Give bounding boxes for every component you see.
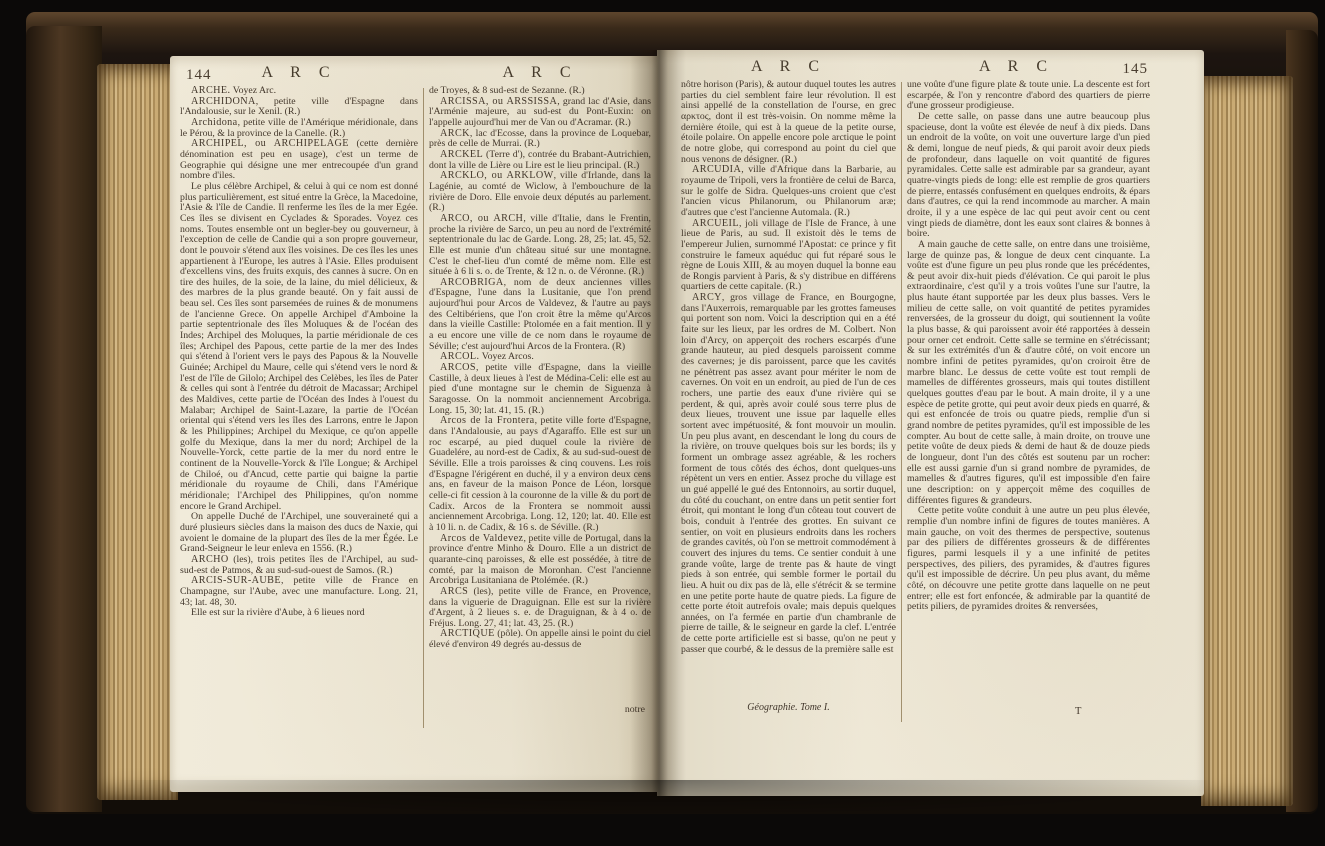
paragraph: On appelle Duché de l'Archipel, une souv… <box>180 512 418 555</box>
entry-headword: Archidona <box>191 117 238 128</box>
column-rule <box>901 82 902 722</box>
entry-paragraph: ARCHO (les), trois petites îles de l'Arc… <box>180 555 418 576</box>
entry-paragraph: Archidona, petite ville de l'Amérique mé… <box>180 118 418 139</box>
paragraph: Cette petite voûte conduit à une autre u… <box>907 506 1150 613</box>
entry-paragraph: ARCK, lac d'Ecosse, dans la province de … <box>429 129 651 150</box>
running-head-arc: A R C <box>681 58 896 76</box>
page-145-header: A R C A R C 145 <box>657 56 1204 80</box>
page-144-column-2: de Troyes, & 8 sud-est de Sezanne. (R.)A… <box>429 86 651 704</box>
running-head-arc: A R C <box>180 64 418 82</box>
entry-headword: ARCO, ou ARCH <box>440 213 523 224</box>
entry-paragraph: ARCKLO, ou ARKLOW, ville d'Irlande, dans… <box>429 171 651 214</box>
entry-headword: ARCY <box>692 292 722 303</box>
paragraph: Le plus célèbre Archipel, & celui à qui … <box>180 182 418 512</box>
entry-headword: Arcos de Valdevez <box>440 533 523 544</box>
entry-headword: ARCOBRIGA <box>440 277 504 288</box>
entry-paragraph: ARCUEIL, joli village de l'Isle de Franc… <box>681 219 896 294</box>
page-145-column-1: nôtre horison (Paris), & autour duquel t… <box>681 80 896 698</box>
entry-headword: ARCHIPEL, ou ARCHIPELAGE <box>191 138 349 149</box>
paragraph: De cette salle, on passe dans une autre … <box>907 112 1150 240</box>
entry-paragraph: ARCISSA, ou ARSSISSA, grand lac d'Asie, … <box>429 97 651 129</box>
page-145-column-2: une voûte d'une figure plate & toute uni… <box>907 80 1150 698</box>
entry-paragraph: ARCOBRIGA, nom de deux anciennes villes … <box>429 278 651 353</box>
catchword: notre <box>625 704 645 715</box>
paragraph: une voûte d'une figure plate & toute uni… <box>907 80 1150 112</box>
page-fore-edge-right <box>1201 76 1293 806</box>
running-head-arc: A R C <box>429 64 651 82</box>
page-144-column-1: ARCHE. Voyez Arc.ARCHIDONA, petite ville… <box>180 86 418 704</box>
page-145-columns: nôtre horison (Paris), & autour duquel t… <box>657 80 1204 722</box>
entry-headword: ARCTIQUE <box>440 628 495 639</box>
entry-paragraph: ARCTIQUE (pôle). On appelle ainsi le poi… <box>429 629 651 650</box>
entry-headword: ARCOL. <box>440 351 479 362</box>
running-head-arc: A R C <box>905 58 1128 76</box>
entry-headword: ARCOS <box>440 362 476 373</box>
page-144-columns: ARCHE. Voyez Arc.ARCHIDONA, petite ville… <box>170 86 657 728</box>
entry-paragraph: ARCY, gros village de France, en Bourgog… <box>681 293 896 655</box>
page-144-header: 144 A R C A R C <box>170 62 657 86</box>
gathering-signature-mark: T <box>1075 706 1081 717</box>
entry-headword: ARCS <box>440 586 468 597</box>
entry-headword: ARCISSA, ou ARSSISSA <box>440 96 557 107</box>
book-photo-scene: 144 A R C A R C ARCHE. Voyez Arc.ARCHIDO… <box>0 0 1325 846</box>
entry-headword: ARCHO <box>191 554 229 565</box>
entry-headword: ARCKLO, ou ARKLOW <box>440 170 554 181</box>
entry-paragraph: ARCO, ou ARCH, ville d'Italie, dans le F… <box>429 214 651 278</box>
paragraph: Elle est sur la rivière d'Aube, à 6 lieu… <box>180 608 418 619</box>
entry-headword: Arcos de la Frontera <box>440 415 535 426</box>
entry-paragraph: Arcos de Valdevez, petite ville de Portu… <box>429 534 651 587</box>
entry-headword: ARCK <box>440 128 470 139</box>
page-145: A R C A R C 145 nôtre horison (Paris), &… <box>657 50 1204 796</box>
page-number-145: 145 <box>1123 61 1149 78</box>
page-144: 144 A R C A R C ARCHE. Voyez Arc.ARCHIDO… <box>170 56 657 792</box>
entry-paragraph: ARCHIDONA, petite ville d'Espagne dans l… <box>180 97 418 118</box>
entry-paragraph: ARCHIPEL, ou ARCHIPELAGE (cette dernière… <box>180 139 418 182</box>
entry-headword: ARCHE. <box>191 86 230 96</box>
entry-paragraph: ARCUDIA, ville d'Afrique dans la Barbari… <box>681 165 896 218</box>
entry-paragraph: ARCS (les), petite ville de France, en P… <box>429 587 651 630</box>
entry-paragraph: ARCKEL (Terre d'), contrée du Brabant-Au… <box>429 150 651 171</box>
column-rule <box>423 88 424 728</box>
entry-headword: ARCKEL <box>440 149 483 160</box>
book-cover-left-edge <box>26 26 102 812</box>
paragraph: nôtre horison (Paris), & autour duquel t… <box>681 80 896 165</box>
entry-headword: ARCUEIL <box>692 218 739 229</box>
entry-headword: ARCHIDONA <box>191 96 256 107</box>
entry-paragraph: ARCOS, petite ville d'Espagne, dans la v… <box>429 363 651 416</box>
paragraph: A main gauche de cette salle, on entre d… <box>907 240 1150 506</box>
entry-headword: ARCIS-SUR-AUBE <box>191 575 281 586</box>
entry-headword: ARCUDIA <box>692 164 741 175</box>
page-fore-edge-left <box>97 64 178 800</box>
entry-paragraph: ARCIS-SUR-AUBE, petite ville de France e… <box>180 576 418 608</box>
volume-signature-line: Géographie. Tome I. <box>681 702 896 713</box>
entry-paragraph: Arcos de la Frontera, petite ville forte… <box>429 416 651 533</box>
